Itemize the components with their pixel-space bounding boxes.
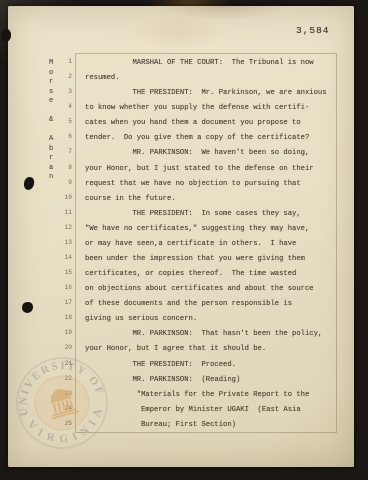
transcript-line: 13or may have seen,a certificate in othe…: [85, 237, 339, 252]
line-text: of these documents and the person respon…: [85, 297, 339, 312]
line-text: your Honor, but I just stated to the def…: [85, 162, 339, 177]
document-page: 3,584 M o r s e & A b r a n 1 MARSHAL OF…: [8, 6, 354, 467]
line-number: 18: [62, 314, 72, 321]
line-number: 9: [62, 179, 72, 186]
line-number: 16: [62, 284, 72, 291]
transcript-line: 9request that we have no objection to pu…: [85, 177, 339, 192]
transcript-line: 17of these documents and the person resp…: [85, 297, 339, 312]
transcript-line: 16on objections about certificates and a…: [85, 282, 339, 297]
line-text: "Materials for the Private Report to the: [85, 388, 339, 403]
line-text: MR. PARKINSON: (Reading): [85, 373, 339, 388]
transcript-line: 22 MR. PARKINSON: (Reading): [85, 373, 339, 388]
transcript-line: 11 THE PRESIDENT: In some cases they say…: [85, 207, 339, 222]
transcript-line: 3 THE PRESIDENT: Mr. Parkinson, we are a…: [85, 86, 339, 101]
transcript-line: 10course in the future.: [85, 192, 339, 207]
transcript: 1 MARSHAL OF THE COURT: The Tribunal is …: [85, 56, 339, 433]
line-number: 3: [62, 88, 72, 95]
line-number: 5: [62, 118, 72, 125]
line-number: 10: [62, 194, 72, 201]
line-text: or may have seen,a certificate in others…: [85, 237, 339, 252]
line-number: 15: [62, 269, 72, 276]
line-text: THE PRESIDENT: Mr. Parkinson, we are anx…: [85, 86, 339, 101]
line-text: request that we have no objection to pur…: [85, 177, 339, 192]
line-text: on objections about certificates and abo…: [85, 282, 339, 297]
transcript-line: 25 Bureau; First Section): [85, 418, 339, 433]
university-of-virginia-seal: UNIVERSITY OF VIRGINIA: [2, 343, 122, 463]
line-number: 13: [62, 239, 72, 246]
line-text: "We have no certificates," suggesting th…: [85, 222, 339, 237]
transcript-line: 7 MR. PARKINSON: We haven't been so doin…: [85, 146, 339, 161]
line-number: 11: [62, 209, 72, 216]
transcript-line: 2resumed.: [85, 71, 339, 86]
margin-reporter-name: M o r s e & A b r a n: [49, 59, 59, 183]
line-text: your Honor, but I agree that it should b…: [85, 342, 339, 357]
line-text: Bureau; First Section): [85, 418, 339, 433]
transcript-line: 12"We have no certificates," suggesting …: [85, 222, 339, 237]
transcript-line: 20your Honor, but I agree that it should…: [85, 342, 339, 357]
line-text: Emperor by Minister UGAKI (East Asia: [85, 403, 339, 418]
line-number: 2: [62, 73, 72, 80]
line-number: 17: [62, 299, 72, 306]
line-text: MR. PARKINSON: That hasn't been the poli…: [85, 327, 339, 342]
line-number: 12: [62, 224, 72, 231]
transcript-line: 5cates when you hand them a document you…: [85, 116, 339, 131]
line-text: resumed.: [85, 71, 339, 86]
transcript-line: 24 Emperor by Minister UGAKI (East Asia: [85, 403, 339, 418]
transcript-line: 23 "Materials for the Private Report to …: [85, 388, 339, 403]
line-text: course in the future.: [85, 192, 339, 207]
page-number: 3,584: [296, 25, 330, 36]
line-text: tender. Do you give them a copy of the c…: [85, 131, 339, 146]
line-number: 1: [62, 58, 72, 65]
transcript-line: 14been under the impression that you wer…: [85, 252, 339, 267]
line-number: 19: [62, 329, 72, 336]
transcript-line: 1 MARSHAL OF THE COURT: The Tribunal is …: [85, 56, 339, 71]
transcript-line: 8your Honor, but I just stated to the de…: [85, 162, 339, 177]
transcript-line: 15certificates, or copies thereof. The t…: [85, 267, 339, 282]
hole-punch: [22, 302, 33, 313]
line-text: cates when you hand them a document you …: [85, 116, 339, 131]
line-number: 7: [62, 148, 72, 155]
transcript-line: 6tender. Do you give them a copy of the …: [85, 131, 339, 146]
line-number: 14: [62, 254, 72, 261]
line-text: giving us serious concern.: [85, 312, 339, 327]
line-text: MARSHAL OF THE COURT: The Tribunal is no…: [85, 56, 339, 71]
line-text: certificates, or copies thereof. The tim…: [85, 267, 339, 282]
line-number: 8: [62, 164, 72, 171]
transcript-line: 18giving us serious concern.: [85, 312, 339, 327]
transcript-line: 21 THE PRESIDENT: Proceed.: [85, 358, 339, 373]
transcript-line: 19 MR. PARKINSON: That hasn't been the p…: [85, 327, 339, 342]
line-text: MR. PARKINSON: We haven't been so doing,: [85, 146, 339, 161]
scan-background: 3,584 M o r s e & A b r a n 1 MARSHAL OF…: [0, 0, 368, 480]
hole-punch: [1, 29, 11, 42]
line-text: to know whether you supply the defense w…: [85, 101, 339, 116]
line-text: THE PRESIDENT: In some cases they say,: [85, 207, 339, 222]
line-number: 4: [62, 103, 72, 110]
line-number: 6: [62, 133, 72, 140]
line-text: been under the impression that you were …: [85, 252, 339, 267]
transcript-line: 4to know whether you supply the defense …: [85, 101, 339, 116]
hole-punch: [23, 176, 35, 191]
line-text: THE PRESIDENT: Proceed.: [85, 358, 339, 373]
